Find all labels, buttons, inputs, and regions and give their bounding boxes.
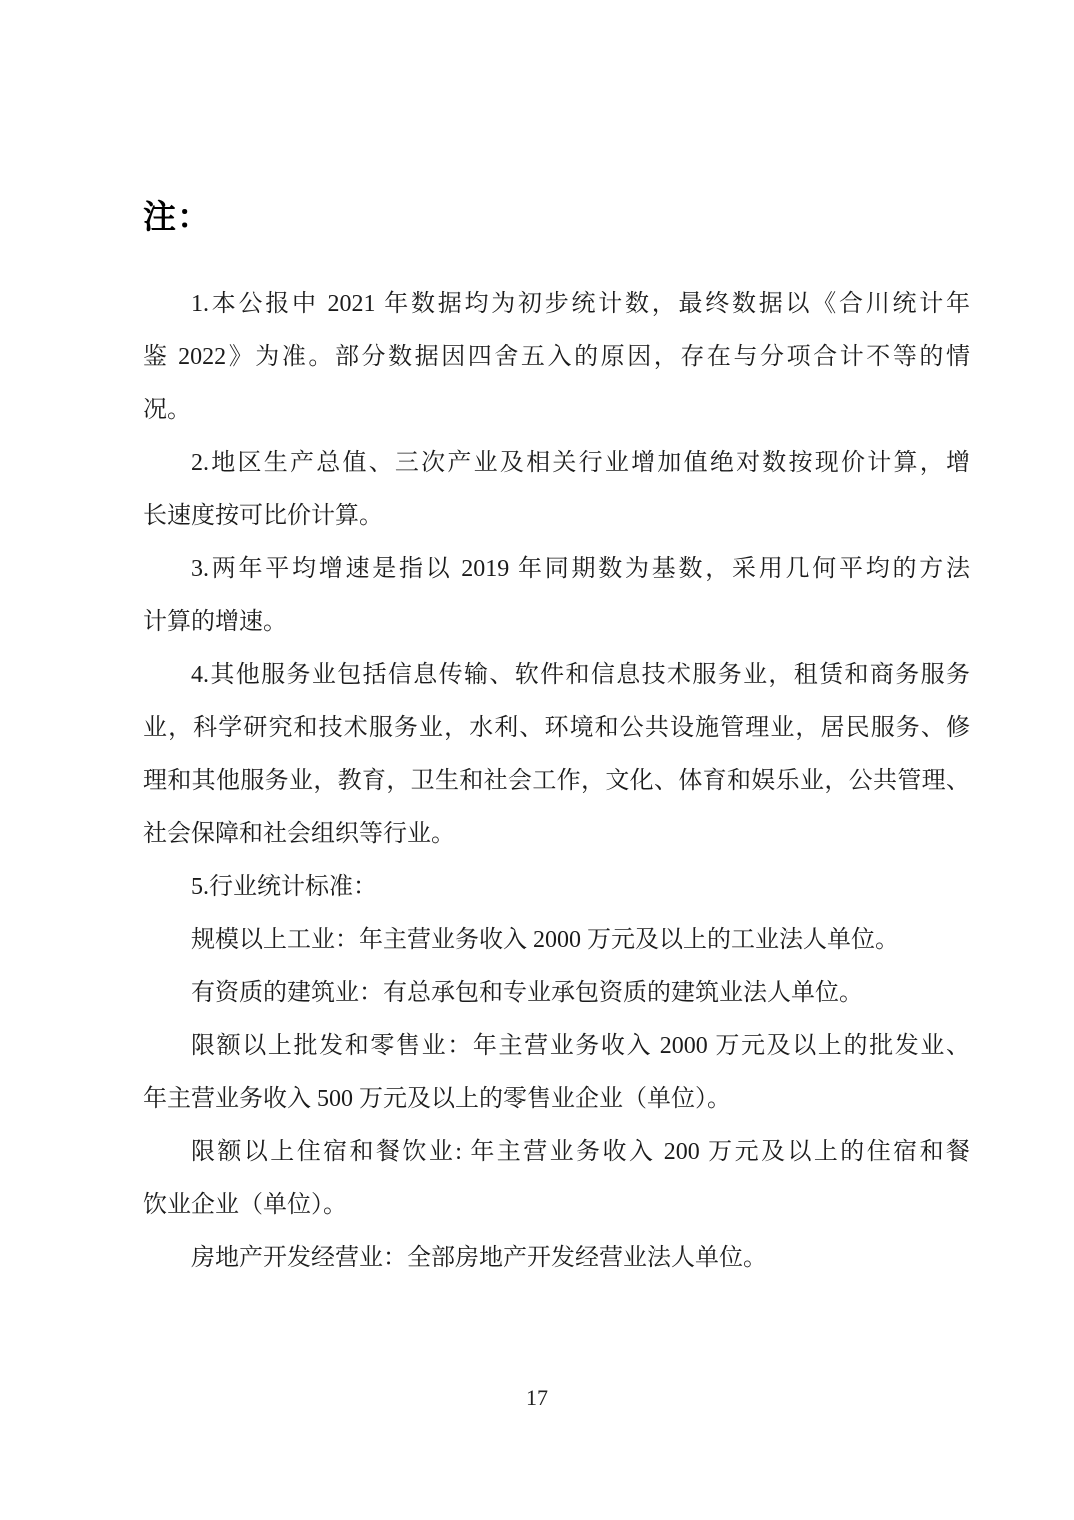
page-number: 17 [0,1384,1074,1412]
note-heading: 注： [143,196,211,240]
body-line: 鉴 2022》为准。部分数据因四舍五入的原因，存在与分项合计不等的情 [143,331,970,384]
body-line: 业，科学研究和技术服务业，水利、环境和公共设施管理业，居民服务、修 [143,702,970,755]
body-line: 房地产开发经营业：全部房地产开发经营业法人单位。 [143,1232,970,1285]
body-line: 限额以上住宿和餐饮业: 年主营业务收入 200 万元及以上的住宿和餐 [143,1126,970,1179]
body-line: 2.地区生产总值、三次产业及相关行业增加值绝对数按现价计算，增 [143,437,970,490]
body-line: 5.行业统计标准： [143,861,970,914]
body-line: 计算的增速。 [143,596,970,649]
body-line: 1.本公报中 2021 年数据均为初步统计数，最终数据以《合川统计年 [143,278,970,331]
body-line: 4.其他服务业包括信息传输、软件和信息技术服务业，租赁和商务服务 [143,649,970,702]
body-line: 长速度按可比价计算。 [143,490,970,543]
note-body: 1.本公报中 2021 年数据均为初步统计数，最终数据以《合川统计年鉴 2022… [143,278,970,1285]
body-line: 有资质的建筑业：有总承包和专业承包资质的建筑业法人单位。 [143,967,970,1020]
body-line: 理和其他服务业，教育，卫生和社会工作，文化、体育和娱乐业，公共管理、 [143,755,970,808]
body-line: 限额以上批发和零售业：年主营业务收入 2000 万元及以上的批发业、 [143,1020,970,1073]
document-page: 注： 1.本公报中 2021 年数据均为初步统计数，最终数据以《合川统计年鉴 2… [0,0,1074,1520]
body-line: 年主营业务收入 500 万元及以上的零售业企业（单位）。 [143,1073,970,1126]
body-line: 况。 [143,384,970,437]
body-line: 饮业企业（单位）。 [143,1179,970,1232]
body-line: 3.两年平均增速是指以 2019 年同期数为基数，采用几何平均的方法 [143,543,970,596]
body-line: 规模以上工业：年主营业务收入 2000 万元及以上的工业法人单位。 [143,914,970,967]
body-line: 社会保障和社会组织等行业。 [143,808,970,861]
